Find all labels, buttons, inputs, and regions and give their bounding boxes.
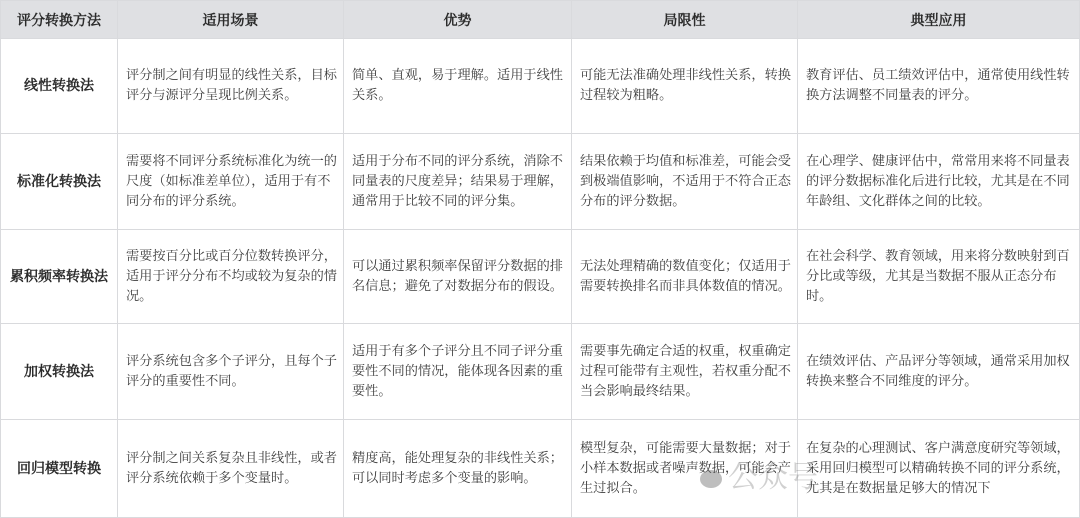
table-row: 累积频率转换法 需要按百分比或百分位数转换评分，适用于评分分布不均或较为复杂的情…: [1, 230, 1080, 324]
applications-cell: 在复杂的心理测试、客户满意度研究等领域，采用回归模型可以精确转换不同的评分系统，…: [798, 420, 1080, 513]
scenario-cell: 评分制之间关系复杂且非线性，或者评分系统依赖于多个变量时。: [118, 420, 344, 513]
advantages-cell: 适用于分布不同的评分系统，消除不同量表的尺度差异；结果易于理解，通常用于比较不同…: [344, 134, 572, 230]
method-cell: 回归模型转换: [1, 420, 118, 513]
header-advantages: 优势: [344, 1, 572, 39]
applications-cell: 教育评估、员工绩效评估中，通常使用线性转换方法调整不同量表的评分。: [798, 39, 1080, 134]
header-scenario: 适用场景: [118, 1, 344, 39]
header-applications: 典型应用: [798, 1, 1080, 39]
scenario-cell: 评分制之间有明显的线性关系，目标评分与源评分呈现比例关系。: [118, 39, 344, 134]
method-cell: 线性转换法: [1, 39, 118, 134]
advantages-cell: 可以通过累积频率保留评分数据的排名信息；避免了对数据分布的假设。: [344, 230, 572, 324]
header-limitations: 局限性: [572, 1, 798, 39]
limitations-cell: 无法处理精确的数值变化；仅适用于需要转换排名而非具体数值的情况。: [572, 230, 798, 324]
method-cell: 加权转换法: [1, 324, 118, 420]
limitations-cell: 模型复杂，可能需要大量数据；对于小样本数据或者噪声数据，可能会产生过拟合。: [572, 420, 798, 513]
applications-cell: 在社会科学、教育领域，用来将分数映射到百分比或等级，尤其是当数据不服从正态分布时…: [798, 230, 1080, 324]
limitations-cell: 可能无法准确处理非线性关系，转换过程较为粗略。: [572, 39, 798, 134]
header-row: 评分转换方法 适用场景 优势 局限性 典型应用: [1, 1, 1080, 39]
applications-cell: 在心理学、健康评估中，常常用来将不同量表的评分数据标准化后进行比较，尤其是在不同…: [798, 134, 1080, 230]
advantages-cell: 简单、直观，易于理解。适用于线性关系。: [344, 39, 572, 134]
table-row: 线性转换法 评分制之间有明显的线性关系，目标评分与源评分呈现比例关系。 简单、直…: [1, 39, 1080, 134]
table-row: 回归模型转换 评分制之间关系复杂且非线性，或者评分系统依赖于多个变量时。 精度高…: [1, 420, 1080, 513]
scenario-cell: 评分系统包含多个子评分，且每个子评分的重要性不同。: [118, 324, 344, 420]
method-cell: 标准化转换法: [1, 134, 118, 230]
table-header: 评分转换方法 适用场景 优势 局限性 典型应用: [1, 1, 1080, 39]
scoring-conversion-table: 评分转换方法 适用场景 优势 局限性 典型应用 线性转换法 评分制之间有明显的线…: [0, 0, 1080, 512]
scenario-cell: 需要按百分比或百分位数转换评分，适用于评分分布不均或较为复杂的情况。: [118, 230, 344, 324]
advantages-cell: 精度高，能处理复杂的非线性关系；可以同时考虑多个变量的影响。: [344, 420, 572, 513]
limitations-cell: 需要事先确定合适的权重，权重确定过程可能带有主观性，若权重分配不当会影响最终结果…: [572, 324, 798, 420]
table-row: 标准化转换法 需要将不同评分系统标准化为统一的尺度（如标准差单位），适用于有不同…: [1, 134, 1080, 230]
header-method: 评分转换方法: [1, 1, 118, 39]
method-cell: 累积频率转换法: [1, 230, 118, 324]
table-body: 线性转换法 评分制之间有明显的线性关系，目标评分与源评分呈现比例关系。 简单、直…: [1, 39, 1080, 513]
limitations-cell: 结果依赖于均值和标准差，可能会受到极端值影响，不适用于不符合正态分布的评分数据。: [572, 134, 798, 230]
table-row: 加权转换法 评分系统包含多个子评分，且每个子评分的重要性不同。 适用于有多个子评…: [1, 324, 1080, 420]
scenario-cell: 需要将不同评分系统标准化为统一的尺度（如标准差单位），适用于有不同分布的评分系统…: [118, 134, 344, 230]
advantages-cell: 适用于有多个子评分且不同子评分重要性不同的情况，能体现各因素的重要性。: [344, 324, 572, 420]
applications-cell: 在绩效评估、产品评分等领域，通常采用加权转换来整合不同维度的评分。: [798, 324, 1080, 420]
